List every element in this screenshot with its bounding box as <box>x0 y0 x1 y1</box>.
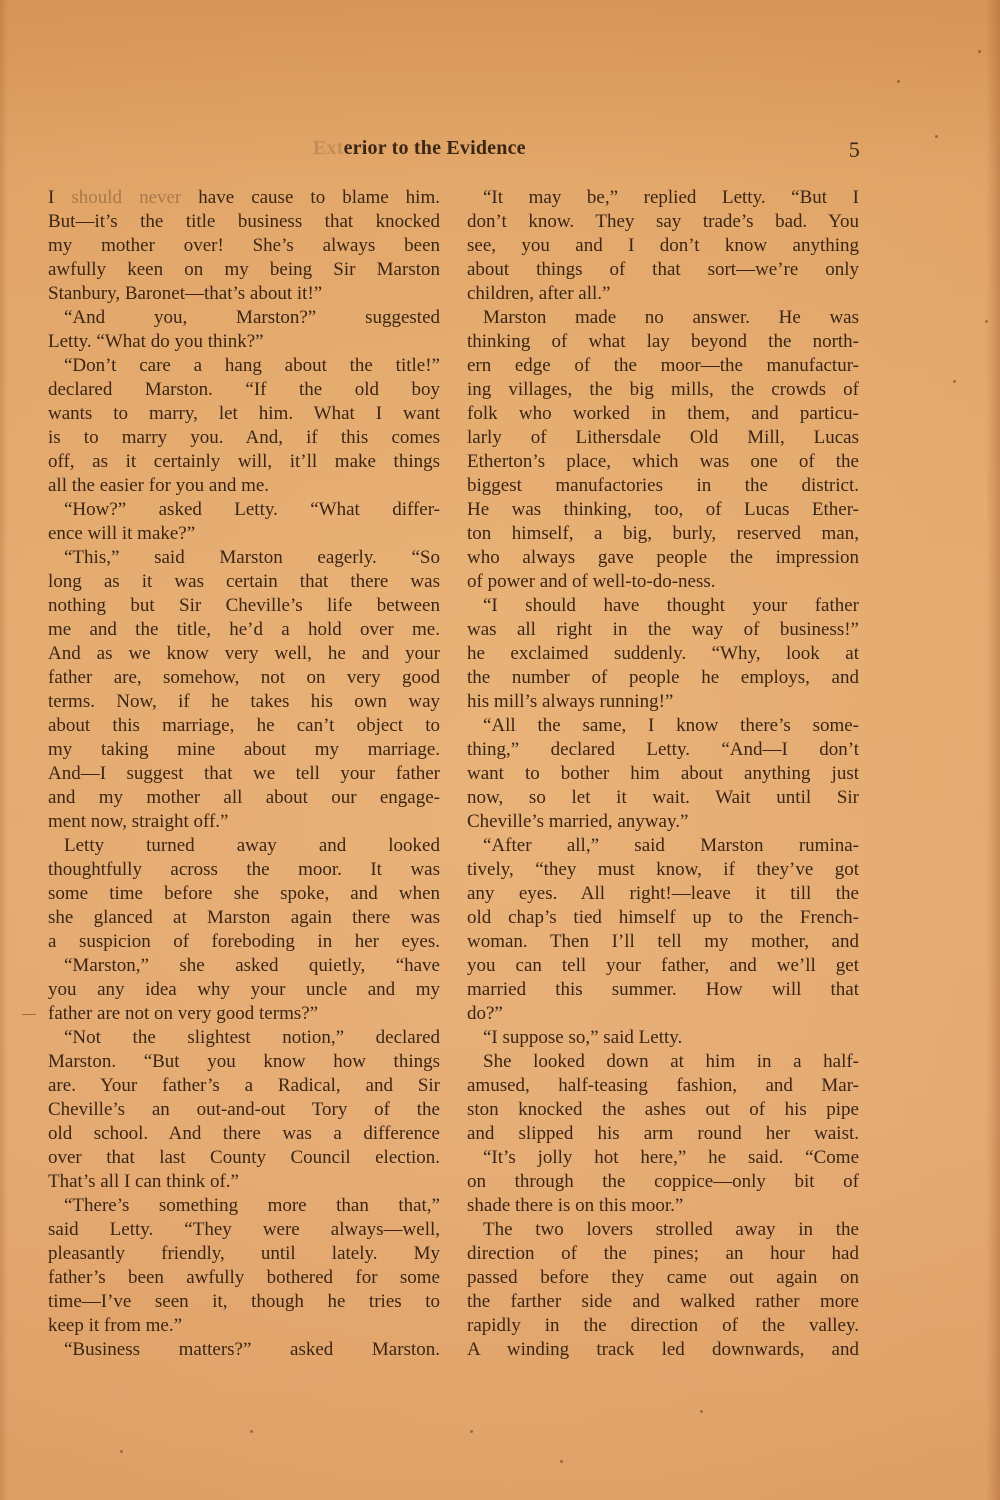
text-line: Marston. “But you know how things <box>48 1050 440 1074</box>
page-edge-left <box>0 0 8 1500</box>
running-head-faded-prefix: Ext <box>313 137 344 159</box>
margin-mark <box>22 1014 36 1015</box>
text-line: tively, “they must know, if they’ve got <box>467 858 859 882</box>
text-line: “It’s jolly hot here,” he said. “Come <box>467 1146 859 1170</box>
text-line: he exclaimed suddenly. “Why, look at <box>467 642 859 666</box>
text-line: folk who worked in them, and particu- <box>467 402 859 426</box>
text-line: all the easier for you and me. <box>48 474 440 498</box>
paper-speck <box>953 380 956 383</box>
text-line: “After all,” said Marston rumina- <box>467 834 859 858</box>
text-line: nothing but Sir Cheville’s life between <box>48 594 440 618</box>
text-line: “All the same, I know there’s some- <box>467 714 859 738</box>
text-line: “I suppose so,” said Letty. <box>467 1026 859 1050</box>
text-line: ment now, straight off.” <box>48 810 440 834</box>
text-line: rapidly in the direction of the valley. <box>467 1314 859 1338</box>
text-line: “I should have thought your father <box>467 594 859 618</box>
text-line: Cheville’s an out-and-out Tory of the <box>48 1098 440 1122</box>
text-line: father’s been awfully bothered for some <box>48 1266 440 1290</box>
text-line: thoughtfully across the moor. It was <box>48 858 440 882</box>
page-number: 5 <box>849 137 860 163</box>
text-line: father are, somehow, not on very good <box>48 666 440 690</box>
running-head-title: Exterior to the Evidence <box>313 137 526 160</box>
text-line: Cheville’s married, anyway.” <box>467 810 859 834</box>
text-line: biggest manufactories in the district. <box>467 474 859 498</box>
paper-speck <box>560 1460 563 1463</box>
text-line: my mother over! She’s always been <box>48 234 440 258</box>
text-line: are. Your father’s a Radical, and Sir <box>48 1074 440 1098</box>
text-line: keep it from me.” <box>48 1314 440 1338</box>
text-line: you any idea why your uncle and my <box>48 978 440 1002</box>
text-line: ence will it make?” <box>48 522 440 546</box>
text-line: you can tell your father, and we’ll get <box>467 954 859 978</box>
right-column: “It may be,” replied Letty. “But Idon’t … <box>467 186 859 1362</box>
text-line: she glanced at Marston again there was <box>48 906 440 930</box>
text-line: on through the coppice—only bit of <box>467 1170 859 1194</box>
text-line: pleasantly friendly, until lately. My <box>48 1242 440 1266</box>
text-line: of power and of well-to-do-ness. <box>467 570 859 594</box>
text-line: awfully keen on my being Sir Marston <box>48 258 440 282</box>
text-line: amused, half-teasing fashion, and Mar- <box>467 1074 859 1098</box>
text-line: “Business matters?” asked Marston. <box>48 1338 440 1362</box>
text-line: terms. Now, if he takes his own way <box>48 690 440 714</box>
text-line: me and the title, he’d a hold over me. <box>48 618 440 642</box>
text-line: do?” <box>467 1002 859 1026</box>
text-line: any eyes. All right!—leave it till the <box>467 882 859 906</box>
paper-speck <box>935 135 938 138</box>
text-line: That’s all I can think of.” <box>48 1170 440 1194</box>
text-line: old chap’s tied himself up to the French… <box>467 906 859 930</box>
text-line: “Don’t care a hang about the title!” <box>48 354 440 378</box>
text-line: wants to marry, let him. What I want <box>48 402 440 426</box>
text-line: I should never have cause to blame him. <box>48 186 440 210</box>
text-line: Letty. “What do you think?” <box>48 330 440 354</box>
text-line: A winding track led downwards, and <box>467 1338 859 1362</box>
text-line: over that last County Council election. <box>48 1146 440 1170</box>
text-line: was all right in the way of business!” <box>467 618 859 642</box>
text-line: my taking mine about my marriage. <box>48 738 440 762</box>
paper-speck <box>120 1450 123 1453</box>
text-line: the farther side and walked rather more <box>467 1290 859 1314</box>
text-line: “And you, Marston?” suggested <box>48 306 440 330</box>
text-line: see, you and I don’t know anything <box>467 234 859 258</box>
paper-speck <box>700 1410 703 1413</box>
paper-speck <box>250 1430 253 1433</box>
text-line: is to marry you. And, if this comes <box>48 426 440 450</box>
running-head: Exterior to the Evidence 5 <box>250 137 860 167</box>
text-line: ing villages, the big mills, the crowds … <box>467 378 859 402</box>
text-line: He was thinking, too, of Lucas Ether- <box>467 498 859 522</box>
text-line: a suspicion of foreboding in her eyes. <box>48 930 440 954</box>
faded-text: should never <box>71 187 181 208</box>
text-line: said Letty. “They were always—well, <box>48 1218 440 1242</box>
text-line: She looked down at him in a half- <box>467 1050 859 1074</box>
text-line: and slipped his arm round her waist. <box>467 1122 859 1146</box>
text-line: declared Marston. “If the old boy <box>48 378 440 402</box>
text-line: his mill’s always running!” <box>467 690 859 714</box>
text-line: Etherton’s place, which was one of the <box>467 450 859 474</box>
text-line: passed before they came out again on <box>467 1266 859 1290</box>
text-line: now, so let it wait. Wait until Sir <box>467 786 859 810</box>
text-line: “Not the slightest notion,” declared <box>48 1026 440 1050</box>
running-head-title-text: erior to the Evidence <box>344 137 526 159</box>
text-line: direction of the pines; an hour had <box>467 1242 859 1266</box>
text-line: ton himself, a big, burly, reserved man, <box>467 522 859 546</box>
left-column: I should never have cause to blame him.B… <box>48 186 440 1362</box>
text-line: off, as it certainly will, it’ll make th… <box>48 450 440 474</box>
text-line: father are not on very good terms?” <box>48 1002 440 1026</box>
text-line: woman. Then I’ll tell my mother, and <box>467 930 859 954</box>
text-line: larly of Lithersdale Old Mill, Lucas <box>467 426 859 450</box>
paper-speck <box>978 50 981 53</box>
text-line: some time before she spoke, and when <box>48 882 440 906</box>
text-line: ern edge of the moor—the manufactur- <box>467 354 859 378</box>
text-line: “Marston,” she asked quietly, “have <box>48 954 440 978</box>
text-line: The two lovers strolled away in the <box>467 1218 859 1242</box>
text-line: the number of people he employs, and <box>467 666 859 690</box>
text-line: thing,” declared Letty. “And—I don’t <box>467 738 859 762</box>
text-line: Marston made no answer. He was <box>467 306 859 330</box>
text-line: And—I suggest that we tell your father <box>48 762 440 786</box>
text-line: time—I’ve seen it, though he tries to <box>48 1290 440 1314</box>
text-line: long as it was certain that there was <box>48 570 440 594</box>
text-line: old school. And there was a difference <box>48 1122 440 1146</box>
text-line: don’t know. They say trade’s bad. You <box>467 210 859 234</box>
text-line: Letty turned away and looked <box>48 834 440 858</box>
text-line: “How?” asked Letty. “What differ- <box>48 498 440 522</box>
text-line: and my mother all about our engage- <box>48 786 440 810</box>
text-line: And as we know very well, he and your <box>48 642 440 666</box>
text-line: Stanbury, Baronet—that’s about it!” <box>48 282 440 306</box>
text-line: “It may be,” replied Letty. “But I <box>467 186 859 210</box>
text-line: children, after all.” <box>467 282 859 306</box>
text-line: about things of that sort—we’re only <box>467 258 859 282</box>
text-line: But—it’s the title business that knocked <box>48 210 440 234</box>
text-line: “There’s something more than that,” <box>48 1194 440 1218</box>
paper-speck <box>897 80 900 83</box>
text-line: ston knocked the ashes out of his pipe <box>467 1098 859 1122</box>
text-line: “This,” said Marston eagerly. “So <box>48 546 440 570</box>
paper-speck <box>470 1430 473 1433</box>
text-line: thinking of what lay beyond the north- <box>467 330 859 354</box>
text-line: who always gave people the impression <box>467 546 859 570</box>
text-line: want to bother him about anything just <box>467 762 859 786</box>
paper-speck <box>985 320 988 323</box>
page-edge-right <box>986 0 1000 1500</box>
text-line: about this marriage, he can’t object to <box>48 714 440 738</box>
text-line: married this summer. How will that <box>467 978 859 1002</box>
text-line: shade there is on this moor.” <box>467 1194 859 1218</box>
